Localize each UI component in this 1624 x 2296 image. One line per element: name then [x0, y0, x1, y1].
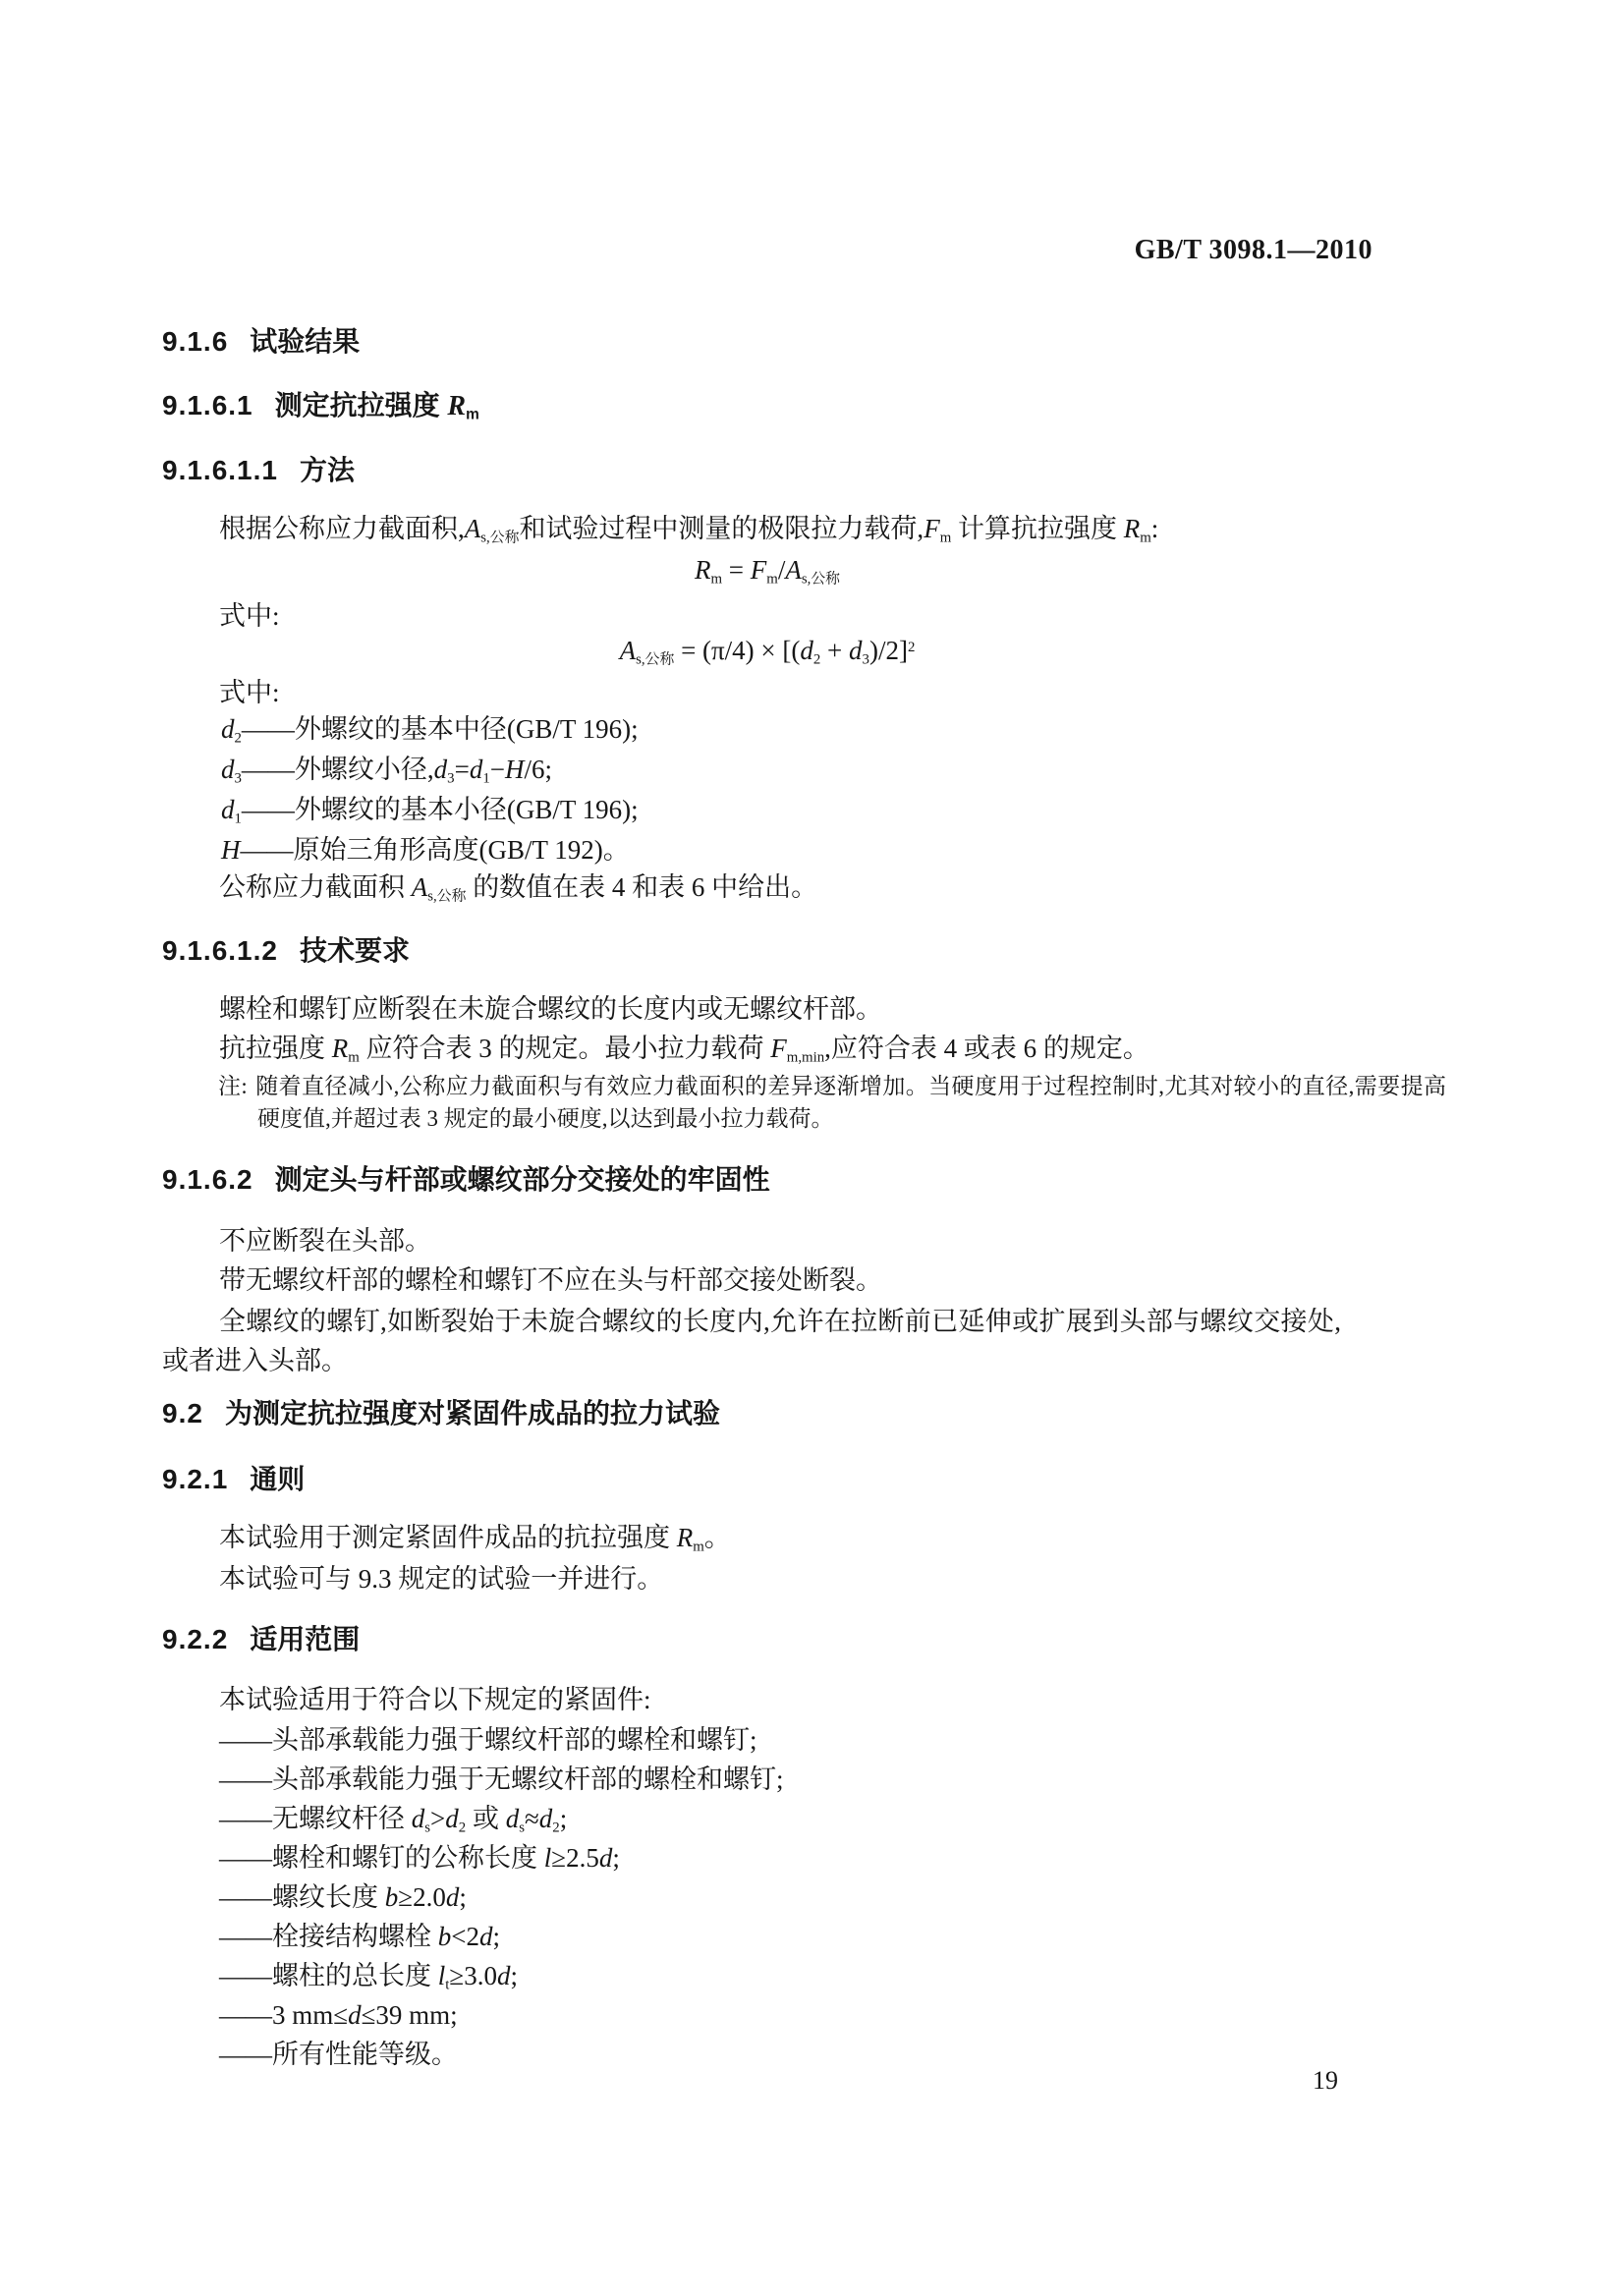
- list-item: ——3 mm≤d≤39 mm;: [162, 1995, 1372, 2035]
- document-page: GB/T 3098.1—2010 9.1.6试验结果 9.1.6.1测定抗拉强度…: [0, 0, 1624, 2296]
- section-title: 测定抗拉强度 Rm: [275, 390, 479, 420]
- paragraph-method-intro: 根据公称应力截面积,As,公称和试验过程中测量的极限拉力载荷,Fm 计算抗拉强度…: [162, 509, 1372, 548]
- paragraph-as-values: 公称应力截面积 As,公称 的数值在表 4 和表 6 中给出。: [162, 868, 1372, 907]
- formula-nominal-stress-area: As,公称 = (π/4) × [(d2 + d3)/2]2: [162, 631, 1372, 670]
- section-heading-9-2-1: 9.2.1通则: [162, 1462, 1372, 1497]
- formula-tensile-strength: Rm = Fm/As,公称: [162, 550, 1372, 589]
- paragraph-tech-requirement-2: 抗拉强度 Rm 应符合表 3 的规定。最小拉力载荷 Fm,min,应符合表 4 …: [162, 1029, 1372, 1068]
- section-number: 9.1.6.1: [162, 390, 253, 420]
- section-number: 9.1.6.1.2: [162, 935, 278, 966]
- where-label-1: 式中:: [162, 596, 1372, 636]
- definition-item: d1——外螺纹的基本小径(GB/T 196);: [162, 790, 1372, 830]
- section-title: 通则: [250, 1464, 305, 1494]
- paragraph-firmness-2: 带无螺纹杆部的螺栓和螺钉不应在头与杆部交接处断裂。: [162, 1260, 1372, 1300]
- note: 注:随着直径减小,公称应力截面积与有效应力截面积的差异逐渐增加。当硬度用于过程控…: [162, 1070, 1446, 1135]
- list-item: ——螺栓和螺钉的公称长度 l≥2.5d;: [162, 1838, 1372, 1877]
- list-item: ——螺柱的总长度 lt≥3.0d;: [162, 1956, 1372, 1995]
- section-heading-9-1-6: 9.1.6试验结果: [162, 324, 1372, 360]
- symbol-definitions: d2——外螺纹的基本中径(GB/T 196);d3——外螺纹小径,d3=d1−H…: [162, 709, 1372, 870]
- section-heading-9-1-6-1-2: 9.1.6.1.2技术要求: [162, 933, 1372, 969]
- paragraph-firmness-1: 不应断裂在头部。: [162, 1221, 1372, 1260]
- section-title: 技术要求: [300, 935, 410, 966]
- section-title: 为测定抗拉强度对紧固件成品的拉力试验: [225, 1398, 720, 1428]
- list-item: ——所有性能等级。: [162, 2035, 1372, 2074]
- section-title: 测定头与杆部或螺纹部分交接处的牢固性: [275, 1164, 770, 1195]
- section-title: 试验结果: [250, 326, 360, 357]
- section-heading-9-1-6-1: 9.1.6.1测定抗拉强度 Rm: [162, 388, 1372, 424]
- paragraph-scope-intro: 本试验适用于符合以下规定的紧固件:: [162, 1680, 1372, 1719]
- paragraph-general-2: 本试验可与 9.3 规定的试验一并进行。: [162, 1559, 1372, 1598]
- paragraph-tech-requirement-1: 螺栓和螺钉应断裂在未旋合螺纹的长度内或无螺纹杆部。: [162, 989, 1372, 1029]
- section-heading-9-1-6-1-1: 9.1.6.1.1方法: [162, 453, 1372, 488]
- section-heading-9-2: 9.2为测定抗拉强度对紧固件成品的拉力试验: [162, 1396, 1372, 1431]
- paragraph-firmness-3: 全螺纹的螺钉,如断裂始于未旋合螺纹的长度内,允许在拉断前已延伸或扩展到头部与螺纹…: [162, 1302, 1341, 1380]
- section-heading-9-1-6-2: 9.1.6.2测定头与杆部或螺纹部分交接处的牢固性: [162, 1162, 1372, 1198]
- note-text: 随着直径减小,公称应力截面积与有效应力截面积的差异逐渐增加。当硬度用于过程控制时…: [255, 1074, 1446, 1131]
- running-header: GB/T 3098.1—2010: [162, 234, 1372, 267]
- section-title: 方法: [300, 455, 355, 485]
- where-label-2: 式中:: [162, 673, 1372, 712]
- section-number: 9.2.1: [162, 1464, 228, 1494]
- page-number: 19: [1313, 2066, 1338, 2096]
- list-item: ——头部承载能力强于螺纹杆部的螺栓和螺钉;: [162, 1720, 1372, 1760]
- definition-item: d3——外螺纹小径,d3=d1−H/6;: [162, 750, 1372, 790]
- list-item: ——栓接结构螺栓 b<2d;: [162, 1917, 1372, 1956]
- section-number: 9.1.6.2: [162, 1164, 253, 1195]
- definition-item: H——原始三角形高度(GB/T 192)。: [162, 830, 1372, 870]
- list-item: ——无螺纹杆径 ds>d2 或 ds≈d2;: [162, 1799, 1372, 1838]
- scope-list: ——头部承载能力强于螺纹杆部的螺栓和螺钉;——头部承载能力强于无螺纹杆部的螺栓和…: [162, 1720, 1372, 2074]
- note-label: 注:: [218, 1074, 248, 1098]
- section-number: 9.1.6.1.1: [162, 455, 278, 485]
- list-item: ——头部承载能力强于无螺纹杆部的螺栓和螺钉;: [162, 1760, 1372, 1799]
- section-heading-9-2-2: 9.2.2适用范围: [162, 1622, 1372, 1657]
- section-number: 9.1.6: [162, 326, 228, 357]
- paragraph-general-1: 本试验用于测定紧固件成品的抗拉强度 Rm。: [162, 1518, 1372, 1557]
- definition-item: d2——外螺纹的基本中径(GB/T 196);: [162, 709, 1372, 750]
- list-item: ——螺纹长度 b≥2.0d;: [162, 1877, 1372, 1917]
- section-number: 9.2.2: [162, 1624, 228, 1654]
- section-title: 适用范围: [250, 1624, 360, 1654]
- section-number: 9.2: [162, 1398, 203, 1428]
